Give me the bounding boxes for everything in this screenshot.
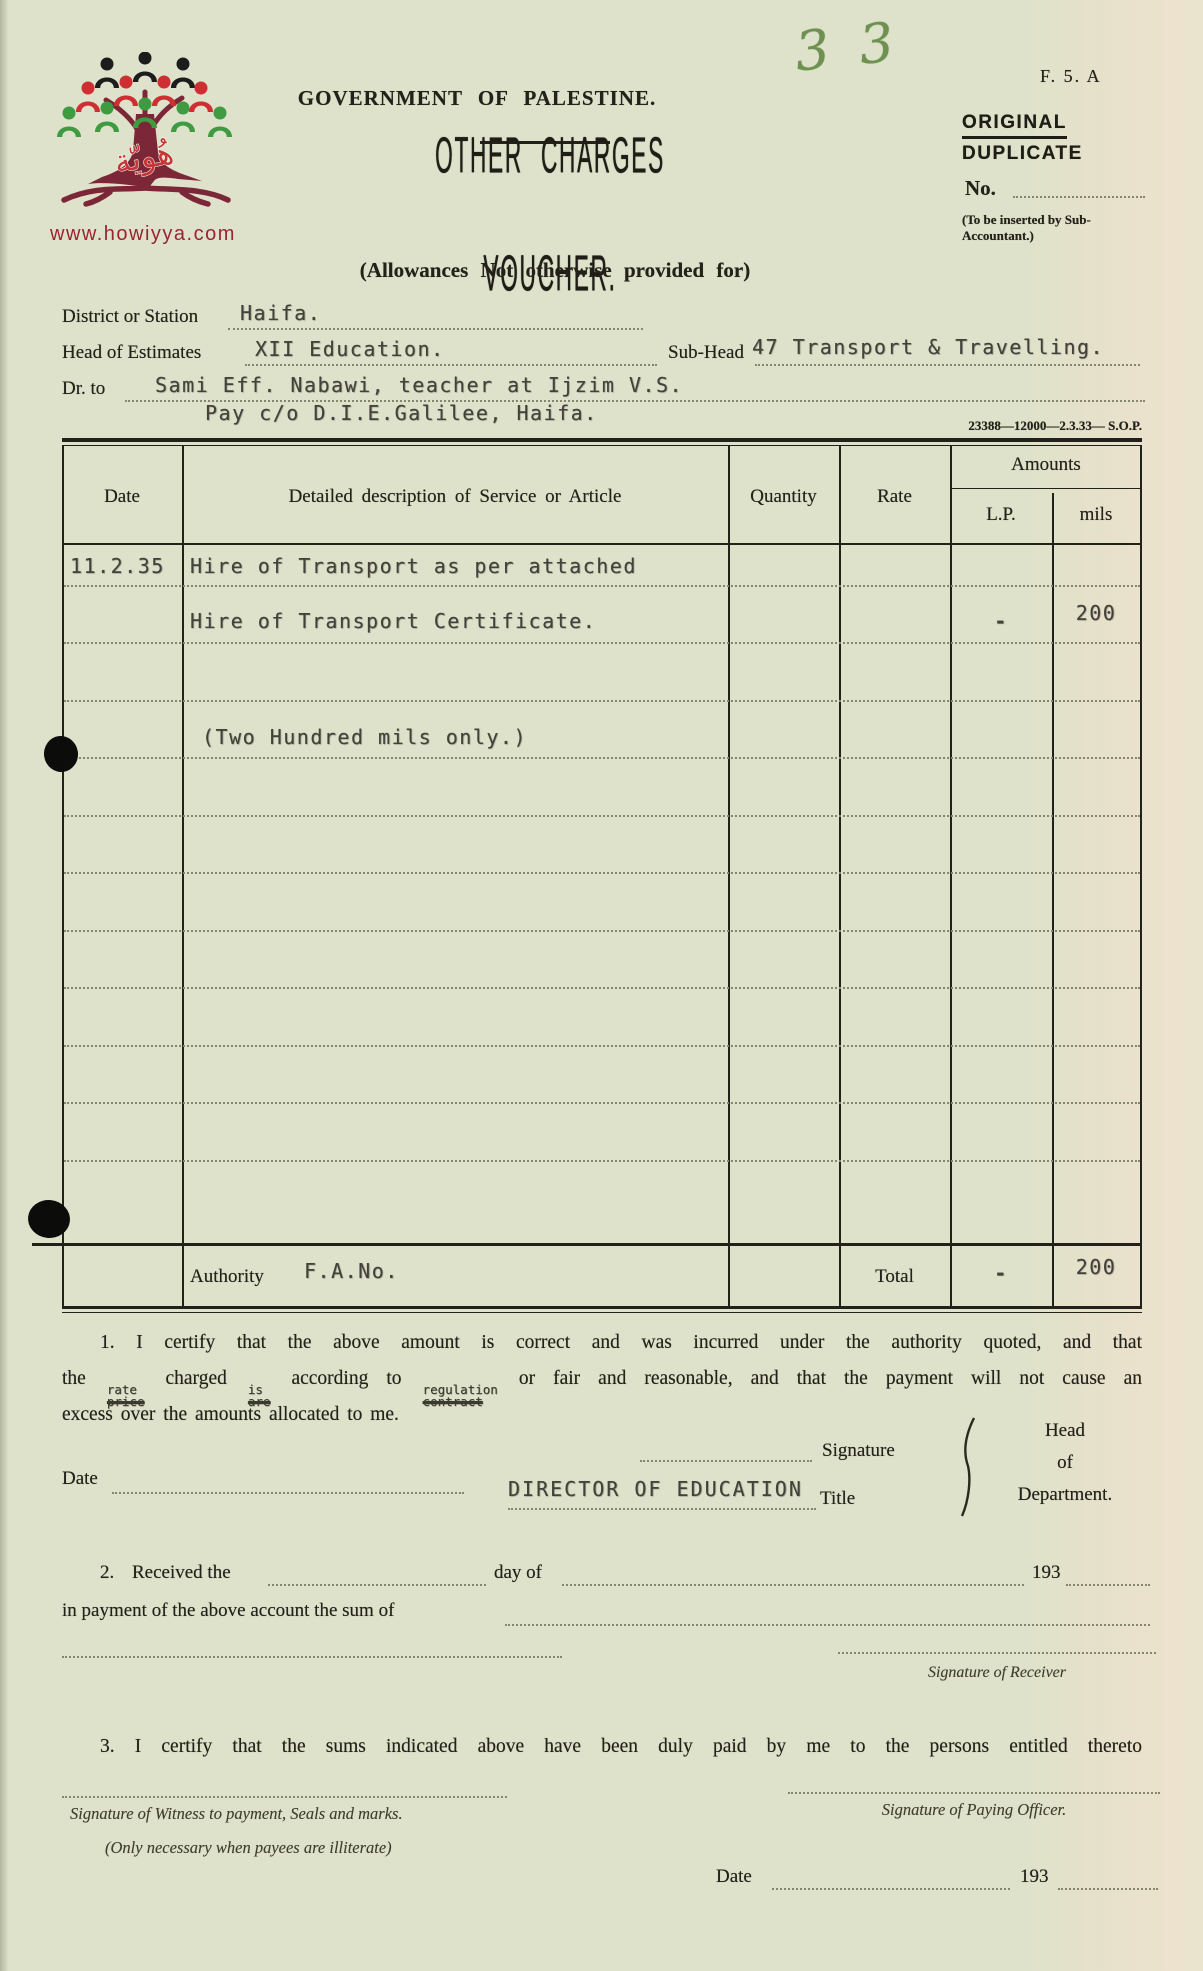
received-text-b: day of [494,1562,542,1584]
total-label: Total [839,1266,950,1288]
received-text-c: in payment of the above account the sum … [62,1600,394,1622]
entry-description-line1: Hire of Transport as per attached [190,553,637,579]
paying-officer-dotted [788,1792,1160,1794]
ruled-dotted-line [64,872,1140,874]
certification1-line2d: or fair and reasonable, and that the pay… [519,1368,1142,1389]
col-header-lp: L.P. [950,504,1052,526]
certification1-number: 1. [100,1332,115,1353]
amounts-subdivider [950,488,1142,489]
logo-website-text: www.howiyya.com [50,223,250,246]
certification1-line1: 1. I certify that the above amount is co… [62,1332,1142,1354]
received-sum-dotted [505,1624,1150,1626]
ruled-dotted-line [64,930,1140,932]
district-label: District or Station [62,306,198,328]
entry-amount-in-words: (Two Hundred mils only.) [202,724,527,750]
head-of-department-line1: Head [1000,1420,1130,1442]
no-dotted-line [1013,196,1145,198]
drto-value: Sami Eff. Nabawi, teacher at Ijzim V.S. [155,372,683,398]
entry-lp-dash: - [950,608,1052,634]
col-header-rate: Rate [839,486,950,508]
received-text-a: Received the [132,1562,231,1584]
received-year-dotted [1066,1584,1150,1586]
footer-date-label: Date [716,1866,752,1888]
voucher-title: OTHER CHARGES VOUCHER. [340,158,760,220]
col-header-description: Detailed description of Service or Artic… [182,486,728,508]
footer-year-prefix: 193 [1020,1866,1049,1888]
table-border-bottom-thin [62,1312,1142,1313]
col-header-quantity: Quantity [728,486,839,508]
certification1-line2: the rate price charged is are according … [62,1368,1142,1408]
ruled-dotted-line [64,757,1140,759]
ruled-dotted-line [64,1102,1140,1104]
copy-duplicate-label: DUPLICATE [962,143,1083,165]
entry-mils-amount: 200 [1052,600,1140,626]
signature-dotted-line [640,1460,812,1462]
col-header-mils: mils [1052,504,1140,526]
received-month-dotted [562,1584,1024,1586]
table-column-divider [839,445,841,1306]
certification1-line3: excess over the amounts allocated to me. [62,1404,1142,1426]
no-footnote: (To be inserted by Sub- Accountant.) [962,212,1142,244]
footer-date-dotted [772,1888,1010,1890]
authority-label: Authority [190,1266,264,1288]
typed-officer-title: DIRECTOR OF EDUCATION [508,1476,803,1502]
certification1-line1-text: I certify that the above amount is corre… [136,1332,1142,1353]
no-footnote-line2: Accountant.) [962,228,1142,244]
witness-signature-dotted [62,1796,507,1798]
head-of-estimates-value: XII Education. [255,336,445,362]
voucher-subtitle: (Allowances Not otherwise provided for) [330,258,780,283]
paper-edge-right [1183,0,1203,1971]
col-header-amounts: Amounts [950,454,1142,476]
voucher-title-text: OTHER CHARGES VOUCHER. [374,97,727,333]
table-border-top-thick [62,438,1142,442]
charges-table: Date Detailed description of Service or … [62,438,1142,1318]
ruled-dotted-line [64,1045,1140,1047]
ruled-dotted-line [64,585,1140,587]
howiyya-logo: هُويّة www.howiyya.com [50,52,250,246]
certification1-line2c: according to [291,1368,401,1389]
received-day-dotted [268,1584,486,1586]
table-column-divider [728,445,730,1306]
no-label: No. [965,176,996,200]
table-column-divider [1140,445,1142,1306]
brace-mark [960,1416,978,1518]
people-row-black [95,52,195,88]
entry-date: 11.2.35 [70,553,165,579]
certification3-text: I certify that the sums indicated above … [135,1736,1142,1757]
ruled-dotted-line [64,987,1140,989]
title-dotted-line [508,1508,816,1510]
authority-value: F.A.No. [304,1258,399,1284]
copy-type-block: ORIGINAL DUPLICATE [962,112,1083,165]
subhead-label: Sub-Head [668,342,744,364]
ruled-dotted-line [64,1160,1140,1162]
date-label: Date [62,1468,98,1490]
date-dotted-line [112,1492,464,1494]
table-border-bottom-thick [62,1306,1142,1309]
tree-roots [64,188,228,204]
subhead-value: 47 Transport & Travelling. [752,334,1104,360]
entry-description-line2: Hire of Transport Certificate. [190,608,596,634]
total-row-rule [32,1243,1142,1246]
witness-note-caption: (Only necessary when payees are illitera… [105,1838,392,1858]
certification1-line2b: charged [166,1368,227,1389]
drto-value-line2: Pay c/o D.I.E.Galilee, Haifa. [205,400,598,426]
voucher-document: هُويّة www.howiyya.com 33 F. 5. A GOVERN… [0,0,1203,1971]
no-footnote-line1: (To be inserted by Sub- [962,212,1142,228]
paper-edge-left [0,0,9,1971]
paying-officer-caption: Signature of Paying Officer. [788,1800,1160,1820]
head-of-estimates-label: Head of Estimates [62,342,201,364]
head-of-department-line3: Department. [1000,1484,1130,1506]
handwritten-voucher-number: 33 [792,7,927,83]
head-dotted-line [245,364,657,366]
tree-of-people-logo-image: هُويّة [50,52,240,214]
table-border-top-thin [62,445,1142,446]
receiver-signature-caption: Signature of Receiver [838,1664,1156,1682]
subhead-dotted-line [755,364,1140,366]
signature-label: Signature [822,1440,895,1462]
table-column-divider [62,445,64,1306]
district-value: Haifa. [240,300,321,326]
certification1-line2a: the [62,1368,86,1389]
certification3-line: 3. I certify that the sums indicated abo… [62,1736,1142,1758]
received-number: 2. [100,1562,114,1584]
form-code: F. 5. A [1040,66,1102,87]
certification3-number: 3. [100,1736,115,1757]
table-header-divider [62,543,1142,545]
title-label: Title [820,1488,855,1510]
copy-original-label: ORIGINAL [962,112,1067,139]
drto-label: Dr. to [62,378,105,400]
head-of-department-line2: of [1000,1452,1130,1474]
received-year-prefix: 193 [1032,1562,1061,1584]
ruled-dotted-line [64,815,1140,817]
ruled-dotted-line [64,642,1140,644]
district-dotted-line [228,328,643,330]
footer-year-dotted [1058,1888,1158,1890]
ruled-dotted-line [64,700,1140,702]
print-reference: 23388—12000—2.3.33— S.O.P. [842,418,1142,434]
total-mils-amount: 200 [1052,1254,1140,1280]
col-header-date: Date [62,486,182,508]
witness-signature-caption: Signature of Witness to payment, Seals a… [70,1804,403,1824]
voucher-no-line: No. [965,176,996,201]
table-column-divider [950,445,952,1306]
received-extra-dotted-left [62,1656,562,1658]
total-lp-dash: - [950,1260,1052,1286]
table-column-divider [182,445,184,1306]
receiver-signature-dotted [838,1652,1156,1654]
